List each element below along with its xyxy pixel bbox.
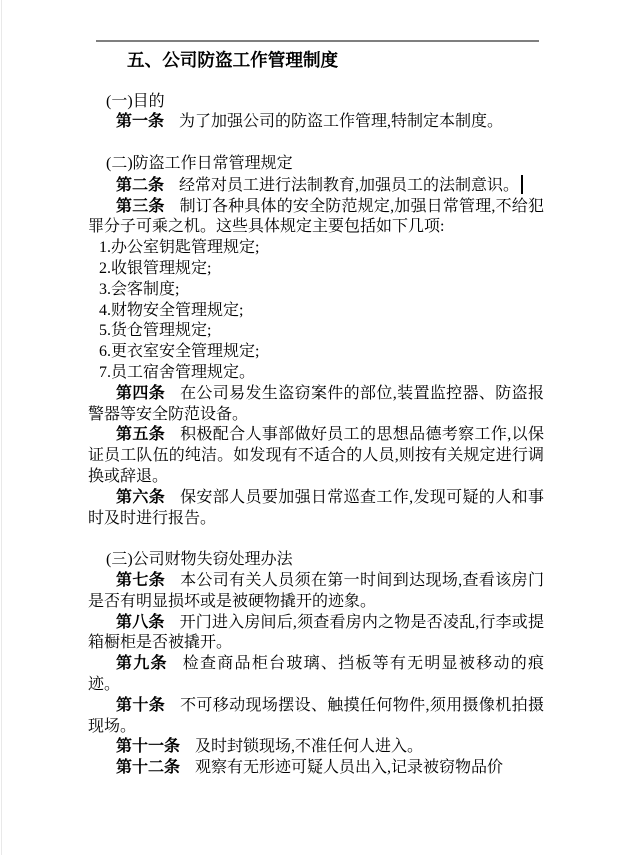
article-paragraph[interactable]: 第十条不可移动现场摆设、触摸任何物件,须用摄像机拍摄现场。 [88, 696, 544, 738]
article-number: 第九条 [116, 655, 168, 672]
list-item[interactable]: 7.员工宿舍管理规定。 [88, 363, 544, 384]
article-number: 第一条 [116, 113, 164, 130]
article-text: 为了加强公司的防盗工作管理,特制定本制度。 [179, 113, 503, 130]
article-number: 第五条 [116, 426, 165, 443]
article-number: 第二条 [116, 177, 164, 194]
article-paragraph[interactable]: 第八条开门进入房间后,须查看房内之物是否凌乱,行李或提箱橱柜是否被撬开。 [88, 613, 544, 655]
list-item[interactable]: 6.更衣室安全管理规定; [88, 342, 544, 363]
article-paragraph[interactable]: 第七条本公司有关人员须在第一时间到达现场,查看该房门是否有明显损坏或是被硬物撬开… [88, 571, 544, 613]
article-paragraph[interactable]: 第四条在公司易发生盗窃案件的部位,装置监控器、防盗报警器等安全防范设备。 [88, 384, 544, 426]
page-left-edge-line [1, 0, 2, 855]
article-paragraph[interactable]: 第三条制订各种具体的安全防范规定,加强日常管理,不给犯罪分子可乘之机。这些具体规… [88, 197, 544, 239]
article-paragraph[interactable]: 第二条经常对员工进行法制教育,加强员工的法制意识。 [88, 175, 544, 197]
text-caret [521, 175, 523, 194]
list-item[interactable]: 4.财物安全管理规定; [88, 301, 544, 322]
article-number: 第七条 [116, 572, 165, 589]
article-paragraph[interactable]: 第十一条及时封锁现场,不准任何人进入。 [88, 737, 544, 758]
article-text: 观察有无形迹可疑人员出入,记录被窃物品价 [195, 759, 503, 776]
document-title[interactable]: 五、公司防盗工作管理制度 [88, 50, 544, 71]
page-top-rule [96, 40, 539, 42]
section-heading[interactable]: (三)公司财物失窃处理办法 [88, 550, 544, 571]
article-number: 第八条 [116, 614, 165, 631]
article-number: 第十二条 [116, 759, 180, 776]
article-text: 经常对员工进行法制教育,加强员工的法制意识。 [179, 177, 519, 194]
article-paragraph[interactable]: 第一条为了加强公司的防盗工作管理,特制定本制度。 [88, 112, 544, 133]
article-paragraph[interactable]: 第九条检查商品柜台玻璃、挡板等有无明显被移动的痕迹。 [88, 654, 544, 696]
article-number: 第十一条 [116, 738, 180, 755]
list-item[interactable]: 2.收银管理规定; [88, 259, 544, 280]
document-page[interactable]: 五、公司防盗工作管理制度 (一)目的 第一条为了加强公司的防盗工作管理,特制定本… [0, 0, 634, 855]
article-number: 第六条 [116, 489, 165, 506]
list-item[interactable]: 1.办公室钥匙管理规定; [88, 238, 544, 259]
article-text: 及时封锁现场,不准任何人进入。 [195, 738, 423, 755]
article-number: 第十条 [116, 697, 165, 714]
article-paragraph[interactable]: 第十二条观察有无形迹可疑人员出入,记录被窃物品价 [88, 758, 544, 779]
section-heading[interactable]: (一)目的 [88, 92, 544, 113]
document-text-area[interactable]: 五、公司防盗工作管理制度 (一)目的 第一条为了加强公司的防盗工作管理,特制定本… [88, 50, 544, 779]
article-paragraph[interactable]: 第五条积极配合人事部做好员工的思想品德考察工作,以保证员工队伍的纯洁。如发现有不… [88, 425, 544, 487]
list-item[interactable]: 5.货仓管理规定; [88, 321, 544, 342]
article-number: 第四条 [116, 385, 165, 402]
list-item[interactable]: 3.会客制度; [88, 280, 544, 301]
section-heading[interactable]: (二)防盗工作日常管理规定 [88, 154, 544, 175]
article-paragraph[interactable]: 第六条保安部人员要加强日常巡查工作,发现可疑的人和事时及时进行报告。 [88, 488, 544, 530]
article-number: 第三条 [116, 198, 165, 215]
